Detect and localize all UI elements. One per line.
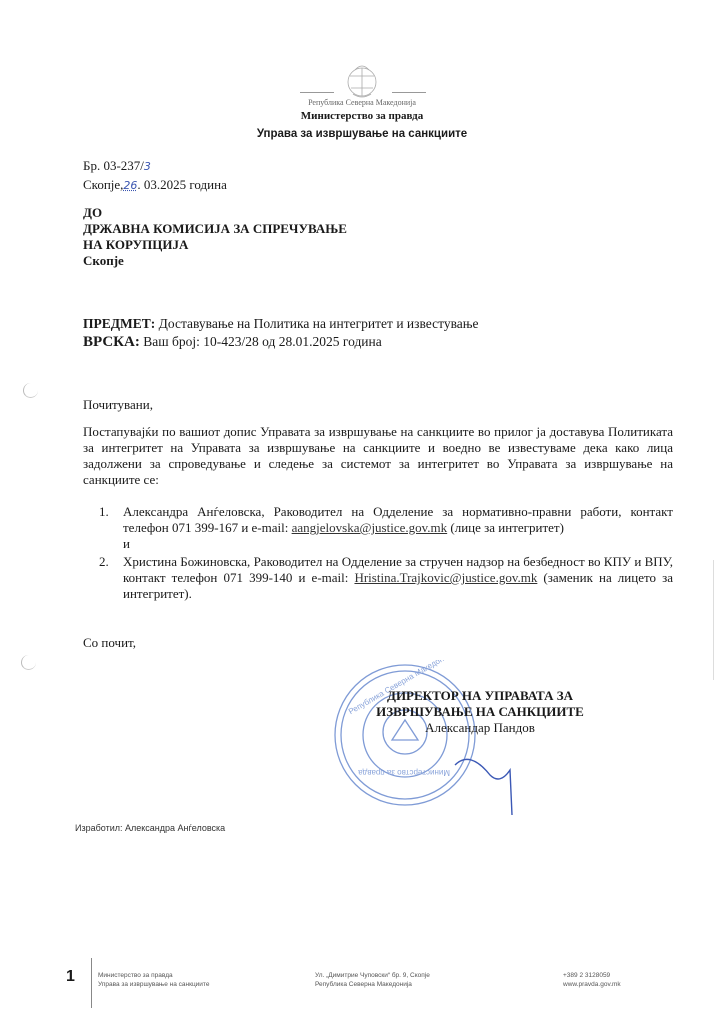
list-item: 2. Христина Божиновска, Раководител на О… [99,554,673,602]
letterhead-rule-left [300,92,334,93]
letterhead-administration: Управа за извршување на санкциите [0,128,724,140]
greeting: Почитувани, [83,397,153,413]
scan-edge-line [713,560,714,680]
email-link[interactable]: aangjelovska@justice.gov.mk [292,520,448,535]
list-item: 1. Александра Анѓеловска, Раководител на… [99,504,673,552]
handwritten-day: 26 [123,179,137,192]
recipient-city: Скопје [83,253,347,269]
punch-hole-mark [23,383,38,398]
footer-phone: +389 2 3128059 [563,971,621,980]
signature-title: ДИРЕКТОР НА УПРАВАТА ЗА ИЗВРШУВАЊЕ НА СА… [360,688,600,720]
prepared-by: Изработил: Александра Анѓеловска [75,823,225,833]
closing: Со почит, [83,635,136,651]
email-link[interactable]: Hristina.Trajkovic@justice.gov.mk [354,570,537,585]
footer-divider [91,958,92,1008]
recipient-line2: НА КОРУПЦИЈА [83,237,347,253]
footer-address: Ул. „Димитрие Чуповски“ бр. 9, Скопје Ре… [315,971,430,989]
contact-list: 1. Александра Анѓеловска, Раководител на… [99,504,673,604]
svg-text:Министерство за правда: Министерство за правда [358,768,450,777]
subject-block: ПРЕДМЕТ: Доставување на Политика на инте… [83,315,479,351]
coat-of-arms-icon [339,56,385,102]
page-number: 1 [66,968,75,986]
handwritten-signature-icon [450,720,550,820]
body-paragraph: Постапувајќи по вашиот допис Управата за… [83,424,673,488]
reference-block: Бр. 03-237/3 Скопје,26. 03.2025 година [83,157,227,195]
reference-date: Скопје,26. 03.2025 година [83,176,227,195]
punch-hole-mark [21,655,36,670]
recipient-to: ДО [83,205,347,221]
footer-contact: +389 2 3128059 www.pravda.gov.mk [563,971,621,989]
subject-line: ПРЕДМЕТ: Доставување на Политика на инте… [83,315,479,333]
reference-number: Бр. 03-237/3 [83,157,227,176]
letterhead-ministry: Министерство за правда [0,110,724,122]
footer-website[interactable]: www.pravda.gov.mk [563,980,621,989]
recipient-line1: ДРЖАВНА КОМИСИЈА ЗА СПРЕЧУВАЊЕ [83,221,347,237]
recipient-block: ДО ДРЖАВНА КОМИСИЈА ЗА СПРЕЧУВАЊЕ НА КОР… [83,205,347,269]
reference-line: ВРСКА: Ваш број: 10-423/28 од 28.01.2025… [83,333,479,351]
footer-org: Министерство за правда Управа за извршув… [98,971,209,989]
letterhead-republic: Република Северна Македонија [0,98,724,107]
handwritten-number: 3 [144,160,151,173]
letterhead-rule-right [392,92,426,93]
